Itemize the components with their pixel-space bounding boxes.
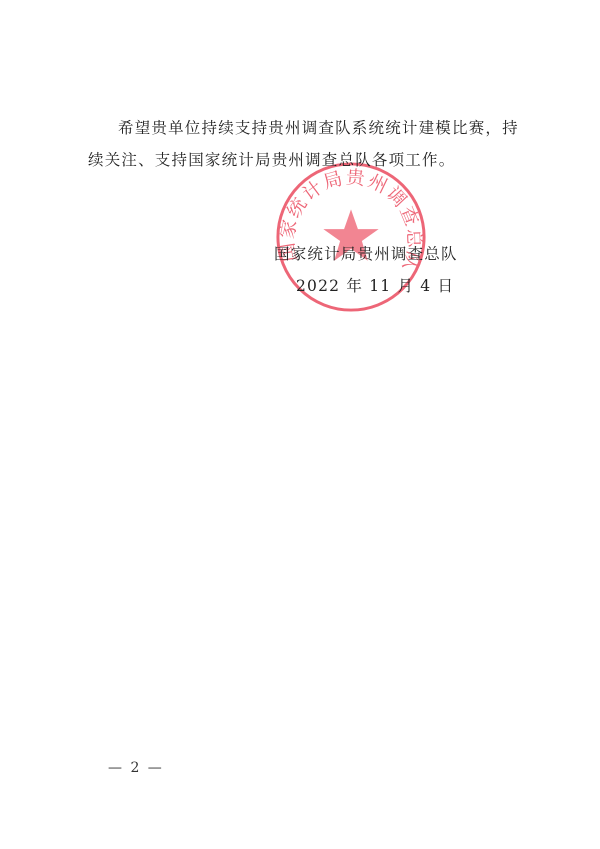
page-number: — 2 — [108,760,164,776]
paragraph-line-1: 希望贵单位持续支持贵州调查队系统统计建模比赛，持 [118,116,519,138]
paragraph-line-2: 续关注、支持国家统计局贵州调查总队各项工作。 [88,148,455,170]
signature-date: 2022 年 11 月 4 日 [296,274,454,296]
signature-organization: 国家统计局贵州调查总队 [274,242,458,264]
